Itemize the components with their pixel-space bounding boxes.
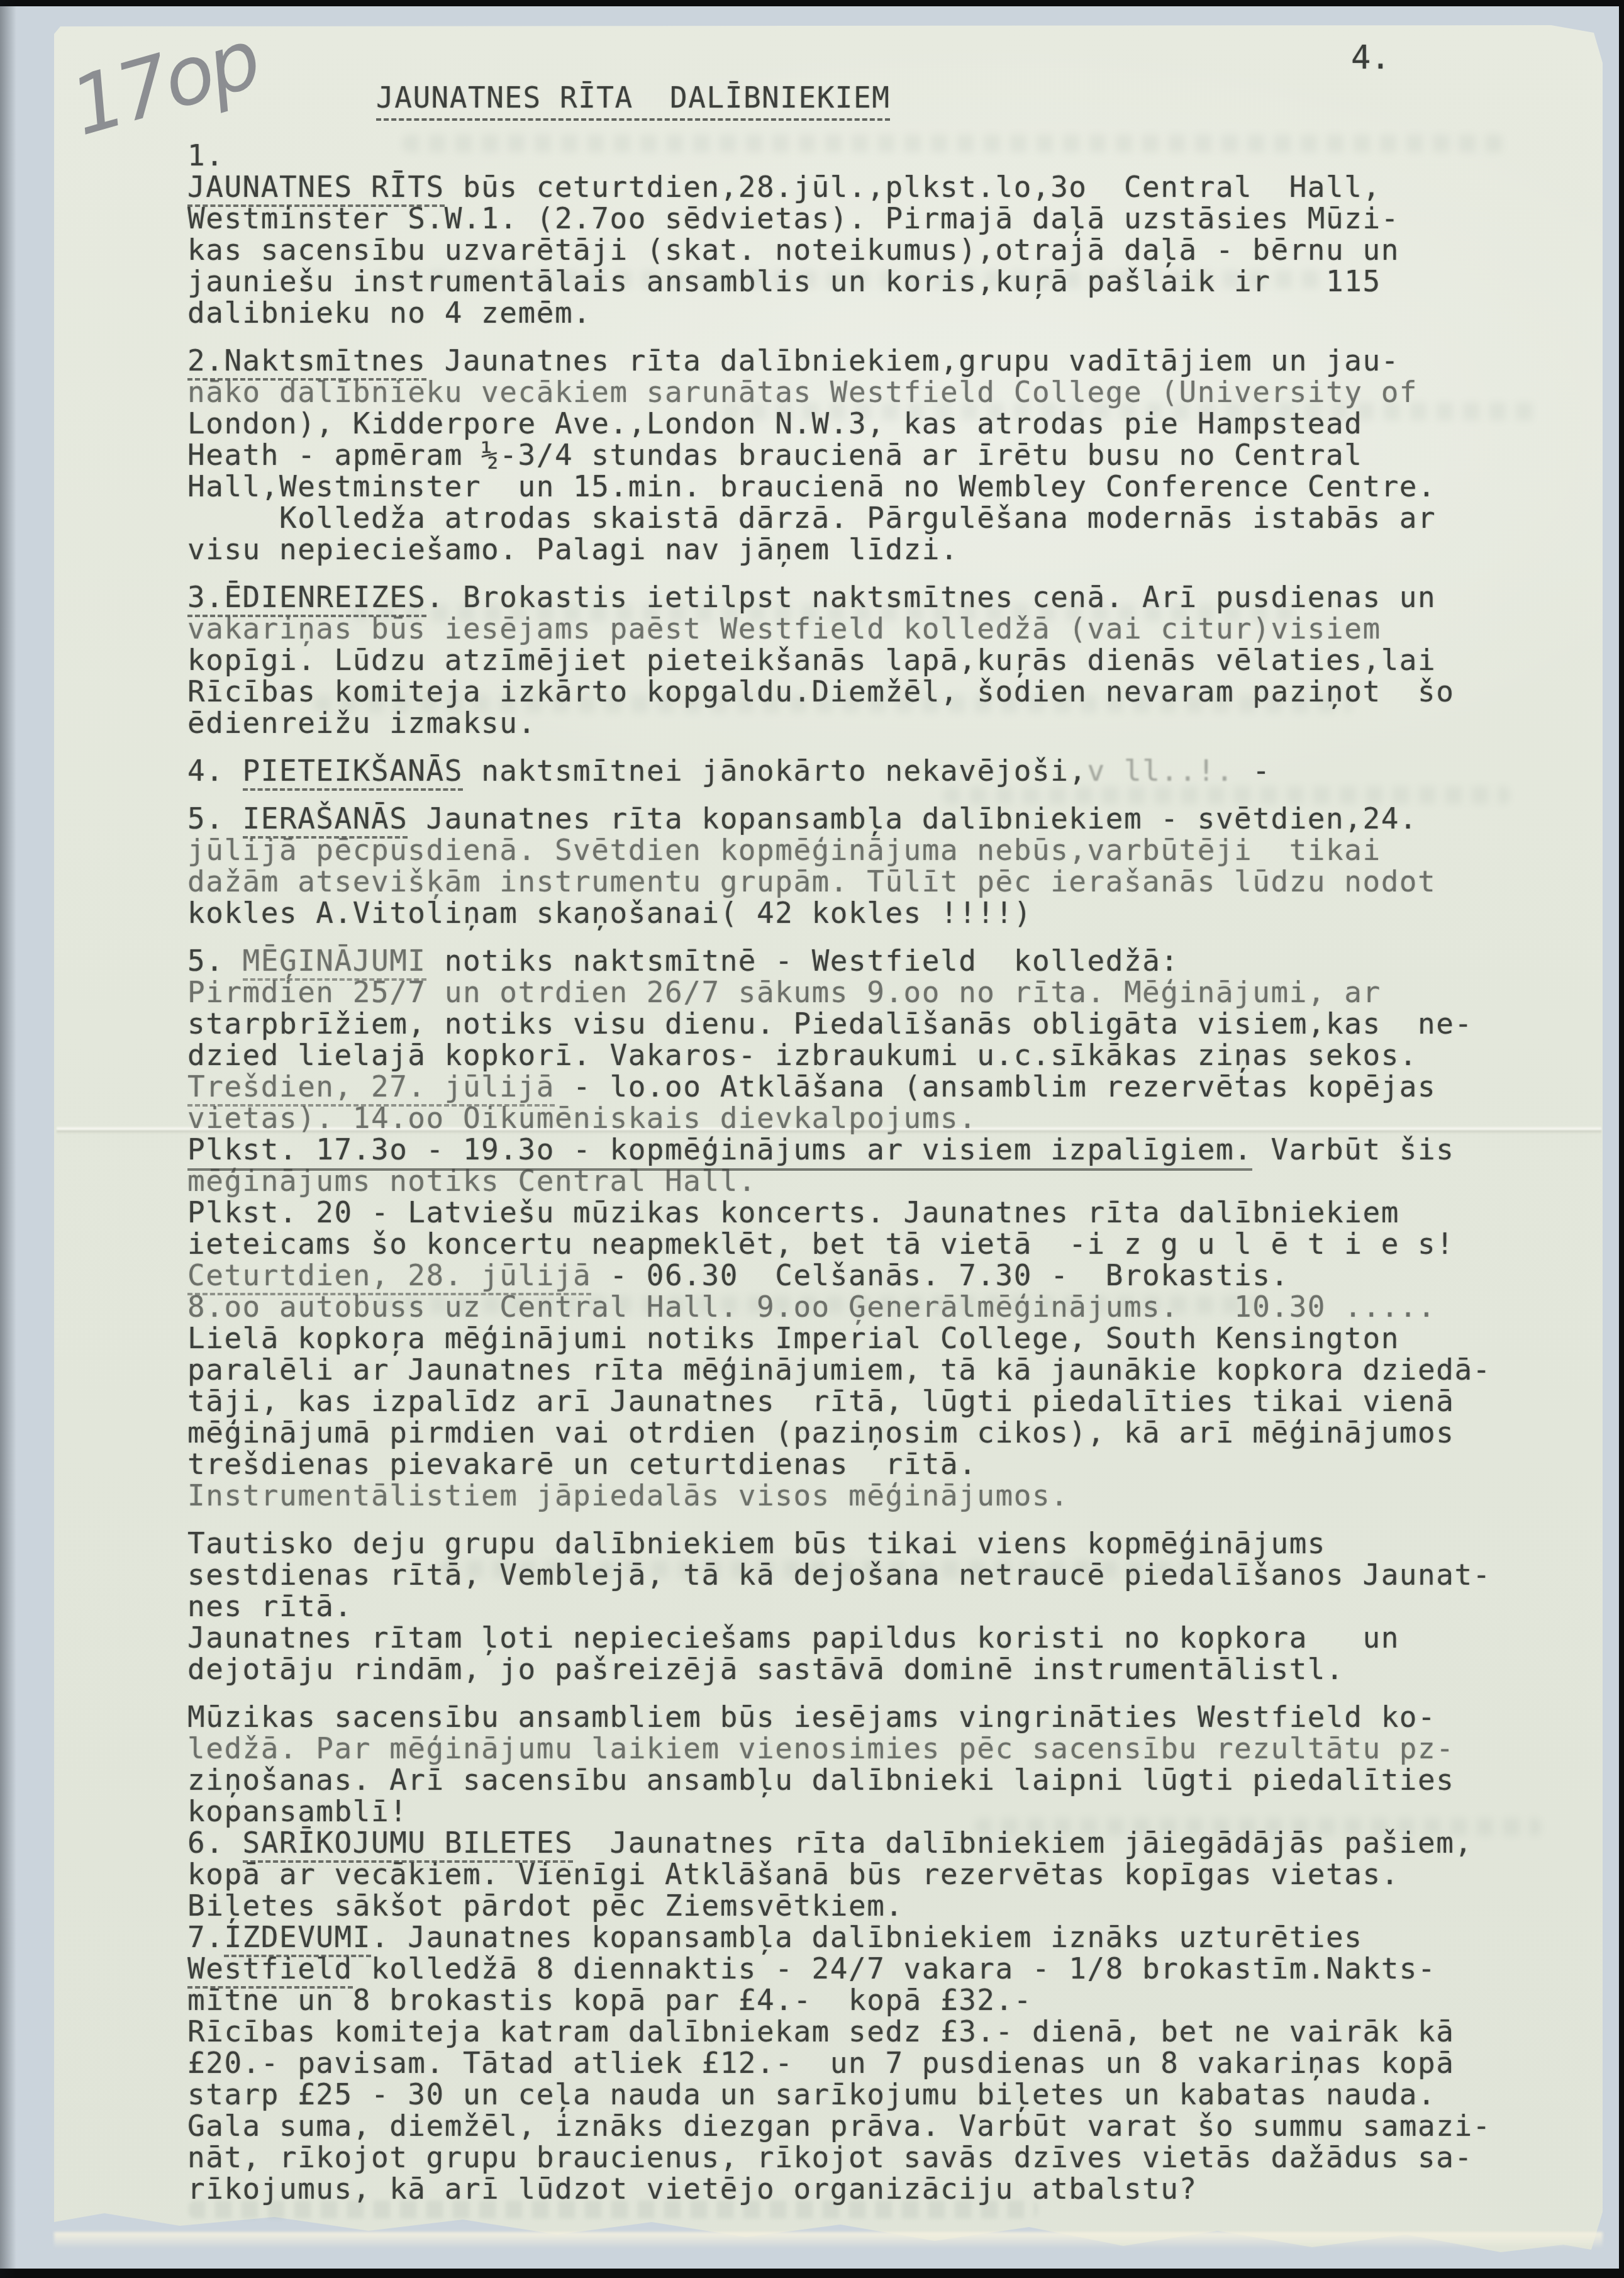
text-segment: ledžā. Par mēģinājumu laikiem vienosimie… (187, 1731, 1454, 1765)
text-segment: . Jaunatnes kopansambļa dalībniekiem izn… (371, 1920, 1363, 1954)
text-segment: ziņošanas. Arī sacensību ansambļu dalībn… (187, 1763, 1454, 1797)
text-segment: Lielā kopkoŗa mēģinājumi notiks Imperial… (187, 1321, 1399, 1355)
text-segment: Hall,Westminster un 15.min. braucienā no… (187, 469, 1436, 503)
text-segment: Kolledža atrodas skaistā dārzā. Pārgulēš… (187, 501, 1436, 535)
text-segment: 1. (187, 138, 224, 172)
document-line: ieteicams šo koncertu neapmeklēt, bet tā… (187, 1228, 1590, 1259)
text-segment: rīkojumus, kā arī lūdzot vietējo organiz… (187, 2172, 1198, 2206)
text-segment: Rīcības komiteja izkārto kopgaldu.Diemžē… (187, 674, 1454, 708)
text-segment: dažām atsevišķām instrumentu grupām. Tūl… (187, 864, 1436, 898)
document-line: Rīcības komiteja izkārto kopgaldu.Diemžē… (187, 676, 1590, 707)
text-segment: Jaunatnes rīta kopansambļa dalībniekiem … (408, 801, 1418, 835)
document-line: Rīcības komiteja katram dalībniekam sedz… (187, 2016, 1590, 2047)
document-line: Tautisko deju grupu dalībniekiem būs tik… (187, 1527, 1590, 1559)
text-segment: 8.oo autobuss uz Central Hall. 9.oo Ģene… (187, 1290, 1436, 1324)
text-segment: kopīgi. Lūdzu atzīmējiet pieteikšanās la… (187, 643, 1436, 677)
document-line: £20.- pavisam. Tātad atliek £12.- un 7 p… (187, 2047, 1590, 2079)
document-line: dažām atsevišķām instrumentu grupām. Tūl… (187, 866, 1590, 897)
scan-shadow-left (0, 0, 16, 2278)
document-line: dejotāju rindām, jo pašreizējā sastāvā d… (187, 1653, 1590, 1685)
text-segment: - 06.30 Celšanās. 7.30 - Brokastis. (591, 1258, 1289, 1292)
text-segment: kolledžā 8 diennaktis - 24/7 vakara - 1/… (353, 1951, 1436, 1985)
document-line: ēdienreižu izmaksu. (187, 707, 1590, 739)
document-line: JAUNATNES RĪTS būs ceturtdien,28.jūl.,pl… (187, 171, 1590, 203)
text-segment: kopā ar vecākiem. Vienīgi Atklāšanā būs … (187, 1857, 1399, 1891)
document-line: Lielā kopkoŗa mēģinājumi notiks Imperial… (187, 1322, 1590, 1354)
document-line: London), Kidderpore Ave.,London N.W.3, k… (187, 408, 1590, 439)
document-line: kas sacensību uzvarētāji (skat. noteikum… (187, 234, 1590, 265)
document-line: Jaunatnes rītam ļoti nepieciešams papild… (187, 1622, 1590, 1653)
document-line: vakariņas būs iesējams paēst Westfield k… (187, 613, 1590, 644)
document-line: Gala suma, diemžēl, iznāks diezgan prāva… (187, 2110, 1590, 2141)
text-segment: mītne un 8 brokastis kopā par £4.- kopā … (187, 1983, 1032, 2017)
document-line: kokles A.Vitoliņam skaņošanai( 42 kokles… (187, 897, 1590, 929)
document-line: jauniešu instrumentālais ansamblis un ko… (187, 265, 1590, 297)
document-line: starp £25 - 30 un ceļa nauda un sarīkoju… (187, 2079, 1590, 2110)
scan-border-right (1619, 0, 1624, 2278)
text-segment: būs ceturtdien,28.jūl.,plkst.lo,3o Centr… (445, 170, 1381, 204)
text-segment: kas sacensību uzvarētāji (skat. noteikum… (187, 233, 1399, 267)
text-segment: Biļetes sākšot pārdot pēc Ziemsvētkiem. (187, 1889, 904, 1923)
text-segment: Pirmdien 25/7 un otrdien 26/7 sākums 9.o… (187, 975, 1381, 1009)
text-segment: Jaunatnes rītam ļoti nepieciešams papild… (187, 1621, 1399, 1655)
text-segment: Tautisko deju grupu dalībniekiem būs tik… (187, 1526, 1326, 1560)
document-line: nes rītā. (187, 1590, 1590, 1622)
document-line: Heath - apmēram ½-3/4 stundas braucienā … (187, 439, 1590, 471)
document-line: nāko dalībnieku vecākiem sarunātas Westf… (187, 376, 1590, 408)
text-segment: £20.- pavisam. Tātad atliek £12.- un 7 p… (187, 2046, 1454, 2080)
text-segment: ieteicams šo koncertu neapmeklēt, bet tā… (187, 1227, 1454, 1261)
document-line: Mūzikas sacensību ansambliem būs iesējam… (187, 1701, 1590, 1733)
text-segment: 6. (187, 1826, 243, 1860)
text-segment: notiks naktsmītnē - Westfield kolledžā: (426, 944, 1179, 978)
text-segment: dzied lielajā kopkorī. Vakaros- izbrauku… (187, 1038, 1418, 1072)
document-line: 5. MĒĢINĀJUMI notiks naktsmītnē - Westfi… (187, 945, 1590, 976)
document-line: Hall,Westminster un 15.min. braucienā no… (187, 471, 1590, 502)
document-line: mēģinājumā pirmdien vai otrdien (paziņos… (187, 1417, 1590, 1448)
document-line: Ceturtdien, 28. jūlijā - 06.30 Celšanās.… (187, 1259, 1590, 1291)
text-segment: . Brokastis ietilpst naktsmītnes cenā. A… (426, 580, 1437, 614)
document-line: Kolledža atrodas skaistā dārzā. Pārgulēš… (187, 502, 1590, 533)
document-line: trešdienas pievakarē un ceturtdienas rīt… (187, 1448, 1590, 1480)
document-line: 7.IZDEVUMI. Jaunatnes kopansambļa dalībn… (187, 1921, 1590, 1953)
text-segment: Jaunatnes rīta dalībniekiem,grupu vadītā… (426, 343, 1399, 377)
text-segment: nāt, rīkojot grupu braucienus, rīkojot s… (187, 2140, 1473, 2174)
text-segment: v ll..!. (1087, 754, 1235, 788)
text-segment: Jaunatnes rīta dalībniekiem jāiegādājās … (573, 1826, 1473, 1860)
scan-border-top (0, 0, 1624, 6)
document-line: kopansamblī! (187, 1795, 1590, 1827)
text-segment: ēdienreižu izmaksu. (187, 706, 537, 740)
document-line: Westminster S.W.1. (2.7oo sēdvietas). Pi… (187, 203, 1590, 234)
document-line: 3.ĒDIENREIZES. Brokastis ietilpst naktsm… (187, 581, 1590, 613)
scan-border-bottom (0, 2269, 1624, 2278)
document-line: mītne un 8 brokastis kopā par £4.- kopā … (187, 1984, 1590, 2016)
text-segment: vietas). 14.oo Oikumēniskais dievkalpoju… (187, 1101, 977, 1135)
text-segment: - (1234, 754, 1271, 788)
document-line: kopīgi. Lūdzu atzīmējiet pieteikšanās la… (187, 644, 1590, 676)
document-line: Biļetes sākšot pārdot pēc Ziemsvētkiem. (187, 1890, 1590, 1921)
document-line: vietas). 14.oo Oikumēniskais dievkalpoju… (187, 1102, 1590, 1134)
document-line: Plkst. 17.3o - 19.3o - kopmēģinājums ar … (187, 1134, 1590, 1165)
torn-edge-highlight (54, 2232, 1603, 2248)
document-line: paralēli ar Jaunatnes rīta mēģinājumiem,… (187, 1354, 1590, 1385)
document-line: ledžā. Par mēģinājumu laikiem vienosimie… (187, 1733, 1590, 1764)
document-line: nāt, rīkojot grupu braucienus, rīkojot s… (187, 2141, 1590, 2173)
text-segment: sestdienas rītā, Vemblejā, tā kā dejošan… (187, 1558, 1491, 1592)
document-line: sestdienas rītā, Vemblejā, tā kā dejošan… (187, 1559, 1590, 1590)
page-number: 4. (1351, 39, 1391, 77)
text-segment: jūlijā pēcpusdienā. Svētdien kopmēģināju… (187, 833, 1381, 867)
text-segment: kokles A.Vitoliņam skaņošanai( 42 kokles… (187, 896, 1032, 930)
document-line: dzied lielajā kopkorī. Vakaros- izbrauku… (187, 1039, 1590, 1071)
text-segment: tāji, kas izpalīdz arī Jaunatnes rītā, l… (187, 1384, 1454, 1418)
document-line: Trešdien, 27. jūlijā - lo.oo Atklāšana (… (187, 1071, 1590, 1102)
document-line: Plkst. 20 - Latviešu mūzikas koncerts. J… (187, 1197, 1590, 1228)
text-segment: 5. (187, 801, 243, 835)
document-title: JAUNATNES RĪTA DALĪBNIEKIEM (376, 82, 890, 121)
text-segment: Plkst. 20 - Latviešu mūzikas koncerts. J… (187, 1195, 1399, 1229)
text-segment: - lo.oo Atklāšana (ansamblim rezervētas … (555, 1069, 1436, 1103)
text-segment: Instrumentālistiem jāpiedalās visos mēģi… (187, 1478, 1069, 1512)
text-segment: Rīcības komiteja katram dalībniekam sedz… (187, 2014, 1454, 2048)
document-line: visu nepieciešamo. Palagi nav jāņem līdz… (187, 533, 1590, 565)
text-segment: Varbūt šis (1252, 1132, 1454, 1166)
text-segment: paralēli ar Jaunatnes rīta mēģinājumiem,… (187, 1353, 1491, 1387)
text-segment: vakariņas būs iesējams paēst Westfield k… (187, 611, 1381, 645)
text-segment: 7. (187, 1920, 224, 1954)
document-line: 1. (187, 140, 1590, 171)
text-segment: nes rītā. (187, 1589, 353, 1623)
text-segment: London), Kidderpore Ave.,London N.W.3, k… (187, 406, 1362, 440)
text-segment: starpbrīžiem, notiks visu dienu. Piedalī… (187, 1007, 1473, 1041)
text-segment: 4. (187, 754, 243, 788)
document-body: 1.JAUNATNES RĪTS būs ceturtdien,28.jūl.,… (187, 140, 1590, 2204)
document-line: jūlijā pēcpusdienā. Svētdien kopmēģināju… (187, 834, 1590, 866)
document-line: tāji, kas izpalīdz arī Jaunatnes rītā, l… (187, 1385, 1590, 1417)
document-content: JAUNATNES RĪTA DALĪBNIEKIEM 1.JAUNATNES … (187, 82, 1590, 2204)
text-segment: naktsmītnei jānokārto nekavējoši, (463, 754, 1087, 788)
document-line: Westfield kolledžā 8 diennaktis - 24/7 v… (187, 1953, 1590, 1984)
text-segment: Westminster S.W.1. (2.7oo sēdvietas). Pi… (187, 201, 1399, 235)
document-line: rīkojumus, kā arī lūdzot vietējo organiz… (187, 2173, 1590, 2204)
document-line: dalibnieku no 4 zemēm. (187, 297, 1590, 328)
text-segment: visu nepieciešamo. Palagi nav jāņem līdz… (187, 532, 959, 566)
text-segment: trešdienas pievakarē un ceturtdienas rīt… (187, 1447, 977, 1481)
document-line: 6. SARĪKOJUMU BILETES Jaunatnes rīta dal… (187, 1827, 1590, 1858)
document-line: 2.Naktsmītnes Jaunatnes rīta dalībniekie… (187, 345, 1590, 376)
text-segment: PIETEIKŠANĀS (243, 754, 463, 791)
document-line: 8.oo autobuss uz Central Hall. 9.oo Ģene… (187, 1291, 1590, 1322)
document-line: Instrumentālistiem jāpiedalās visos mēģi… (187, 1480, 1590, 1511)
text-segment: Gala suma, diemžēl, iznāks diezgan prāva… (187, 2109, 1491, 2143)
text-segment: nāko dalībnieku vecākiem sarunātas Westf… (187, 375, 1418, 409)
text-segment: jauniešu instrumentālais ansamblis un ko… (187, 264, 1381, 298)
text-segment: Heath - apmēram ½-3/4 stundas braucienā … (187, 438, 1362, 472)
document-line: ziņošanas. Arī sacensību ansambļu dalībn… (187, 1764, 1590, 1795)
document-line: starpbrīžiem, notiks visu dienu. Piedalī… (187, 1008, 1590, 1039)
document-line: 5. IERAŠANĀS Jaunatnes rīta kopansambļa … (187, 803, 1590, 834)
text-segment: 5. (187, 944, 243, 978)
text-segment: kopansamblī! (187, 1794, 408, 1828)
document-line: 4. PIETEIKŠANĀS naktsmītnei jānokārto ne… (187, 755, 1590, 786)
text-segment: mēģinājumā pirmdien vai otrdien (paziņos… (187, 1415, 1454, 1449)
document-line: Pirmdien 25/7 un otrdien 26/7 sākums 9.o… (187, 976, 1590, 1008)
text-segment: Mūzikas sacensību ansambliem būs iesējam… (187, 1700, 1436, 1734)
text-segment: starp £25 - 30 un ceļa nauda un sarīkoju… (187, 2077, 1436, 2111)
text-segment: dejotāju rindām, jo pašreizējā sastāvā d… (187, 1652, 1344, 1686)
text-segment: dalibnieku no 4 zemēm. (187, 296, 591, 330)
text-segment: mēģinājums notiks Central Hall. (187, 1164, 757, 1198)
document-line: kopā ar vecākiem. Vienīgi Atklāšanā būs … (187, 1858, 1590, 1890)
